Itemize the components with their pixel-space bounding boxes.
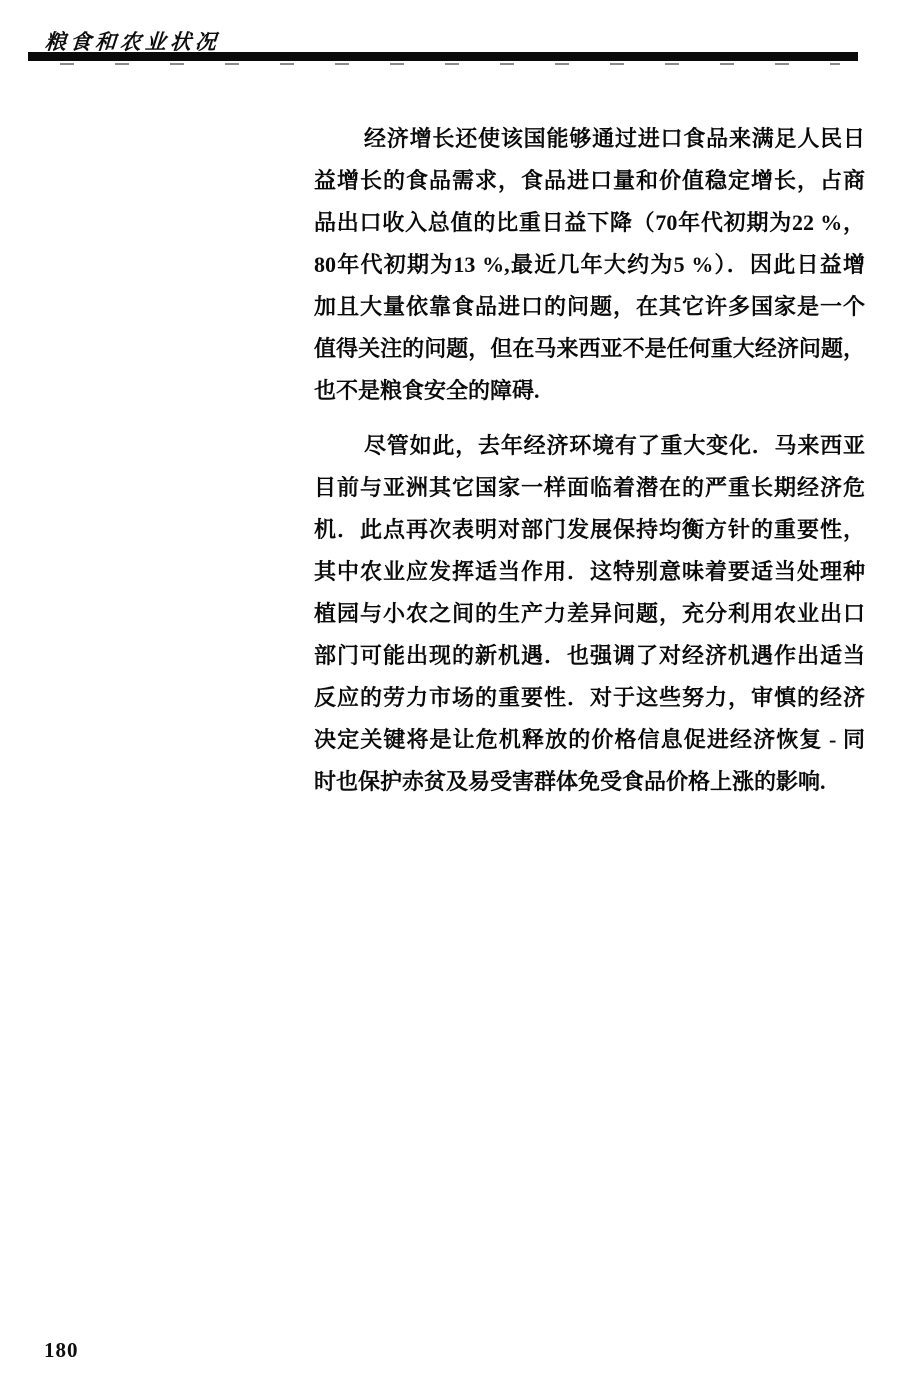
body-text: 经济增长还使该国能够通过进口食品来满足人民日 益增长的食品需求，食品进口量和价值… [314, 118, 865, 803]
text-line: 品出口收入总值的比重日益下降（70年代初期为22 %， [314, 202, 865, 244]
text-line: 部门可能出现的新机遇．也强调了对经济机遇作出适当 [314, 635, 865, 677]
text-line: 也不是粮食安全的障碍. [314, 370, 865, 412]
header-rule-scan-noise [60, 63, 840, 65]
text-line: 加且大量依靠食品进口的问题，在其它许多国家是一个 [314, 286, 865, 328]
text-line: 尽管如此，去年经济环境有了重大变化．马来西亚 [314, 425, 865, 467]
page-number: 180 [44, 1338, 79, 1363]
text-line: 反应的劳力市场的重要性．对于这些努力，审慎的经济 [314, 677, 865, 719]
text-line: 80年代初期为13 %,最近几年大约为5 %）．因此日益增 [314, 244, 865, 286]
text-line: 目前与亚洲其它国家一样面临着潜在的严重长期经济危 [314, 467, 865, 509]
text-line: 植园与小农之间的生产力差异问题，充分利用农业出口 [314, 593, 865, 635]
text-line: 经济增长还使该国能够通过进口食品来满足人民日 [314, 118, 865, 160]
text-line: 其中农业应发挥适当作用．这特别意味着要适当处理种 [314, 551, 865, 593]
text-line: 值得关注的问题，但在马来西亚不是任何重大经济问题， [314, 328, 865, 370]
paragraph-1: 经济增长还使该国能够通过进口食品来满足人民日 益增长的食品需求，食品进口量和价值… [314, 118, 865, 412]
document-page: 粮食和农业状况 经济增长还使该国能够通过进口食品来满足人民日 益增长的食品需求，… [0, 0, 900, 1400]
text-line: 机．此点再次表明对部门发展保持均衡方针的重要性， [314, 509, 865, 551]
text-line: 决定关键将是让危机释放的价格信息促进经济恢复 - 同 [314, 719, 865, 761]
header-rule [28, 52, 858, 61]
paragraph-2: 尽管如此，去年经济环境有了重大变化．马来西亚 目前与亚洲其它国家一样面临着潜在的… [314, 425, 865, 803]
text-line: 益增长的食品需求，食品进口量和价值稳定增长，占商 [314, 160, 865, 202]
text-line: 时也保护赤贫及易受害群体免受食品价格上涨的影响. [314, 761, 865, 803]
